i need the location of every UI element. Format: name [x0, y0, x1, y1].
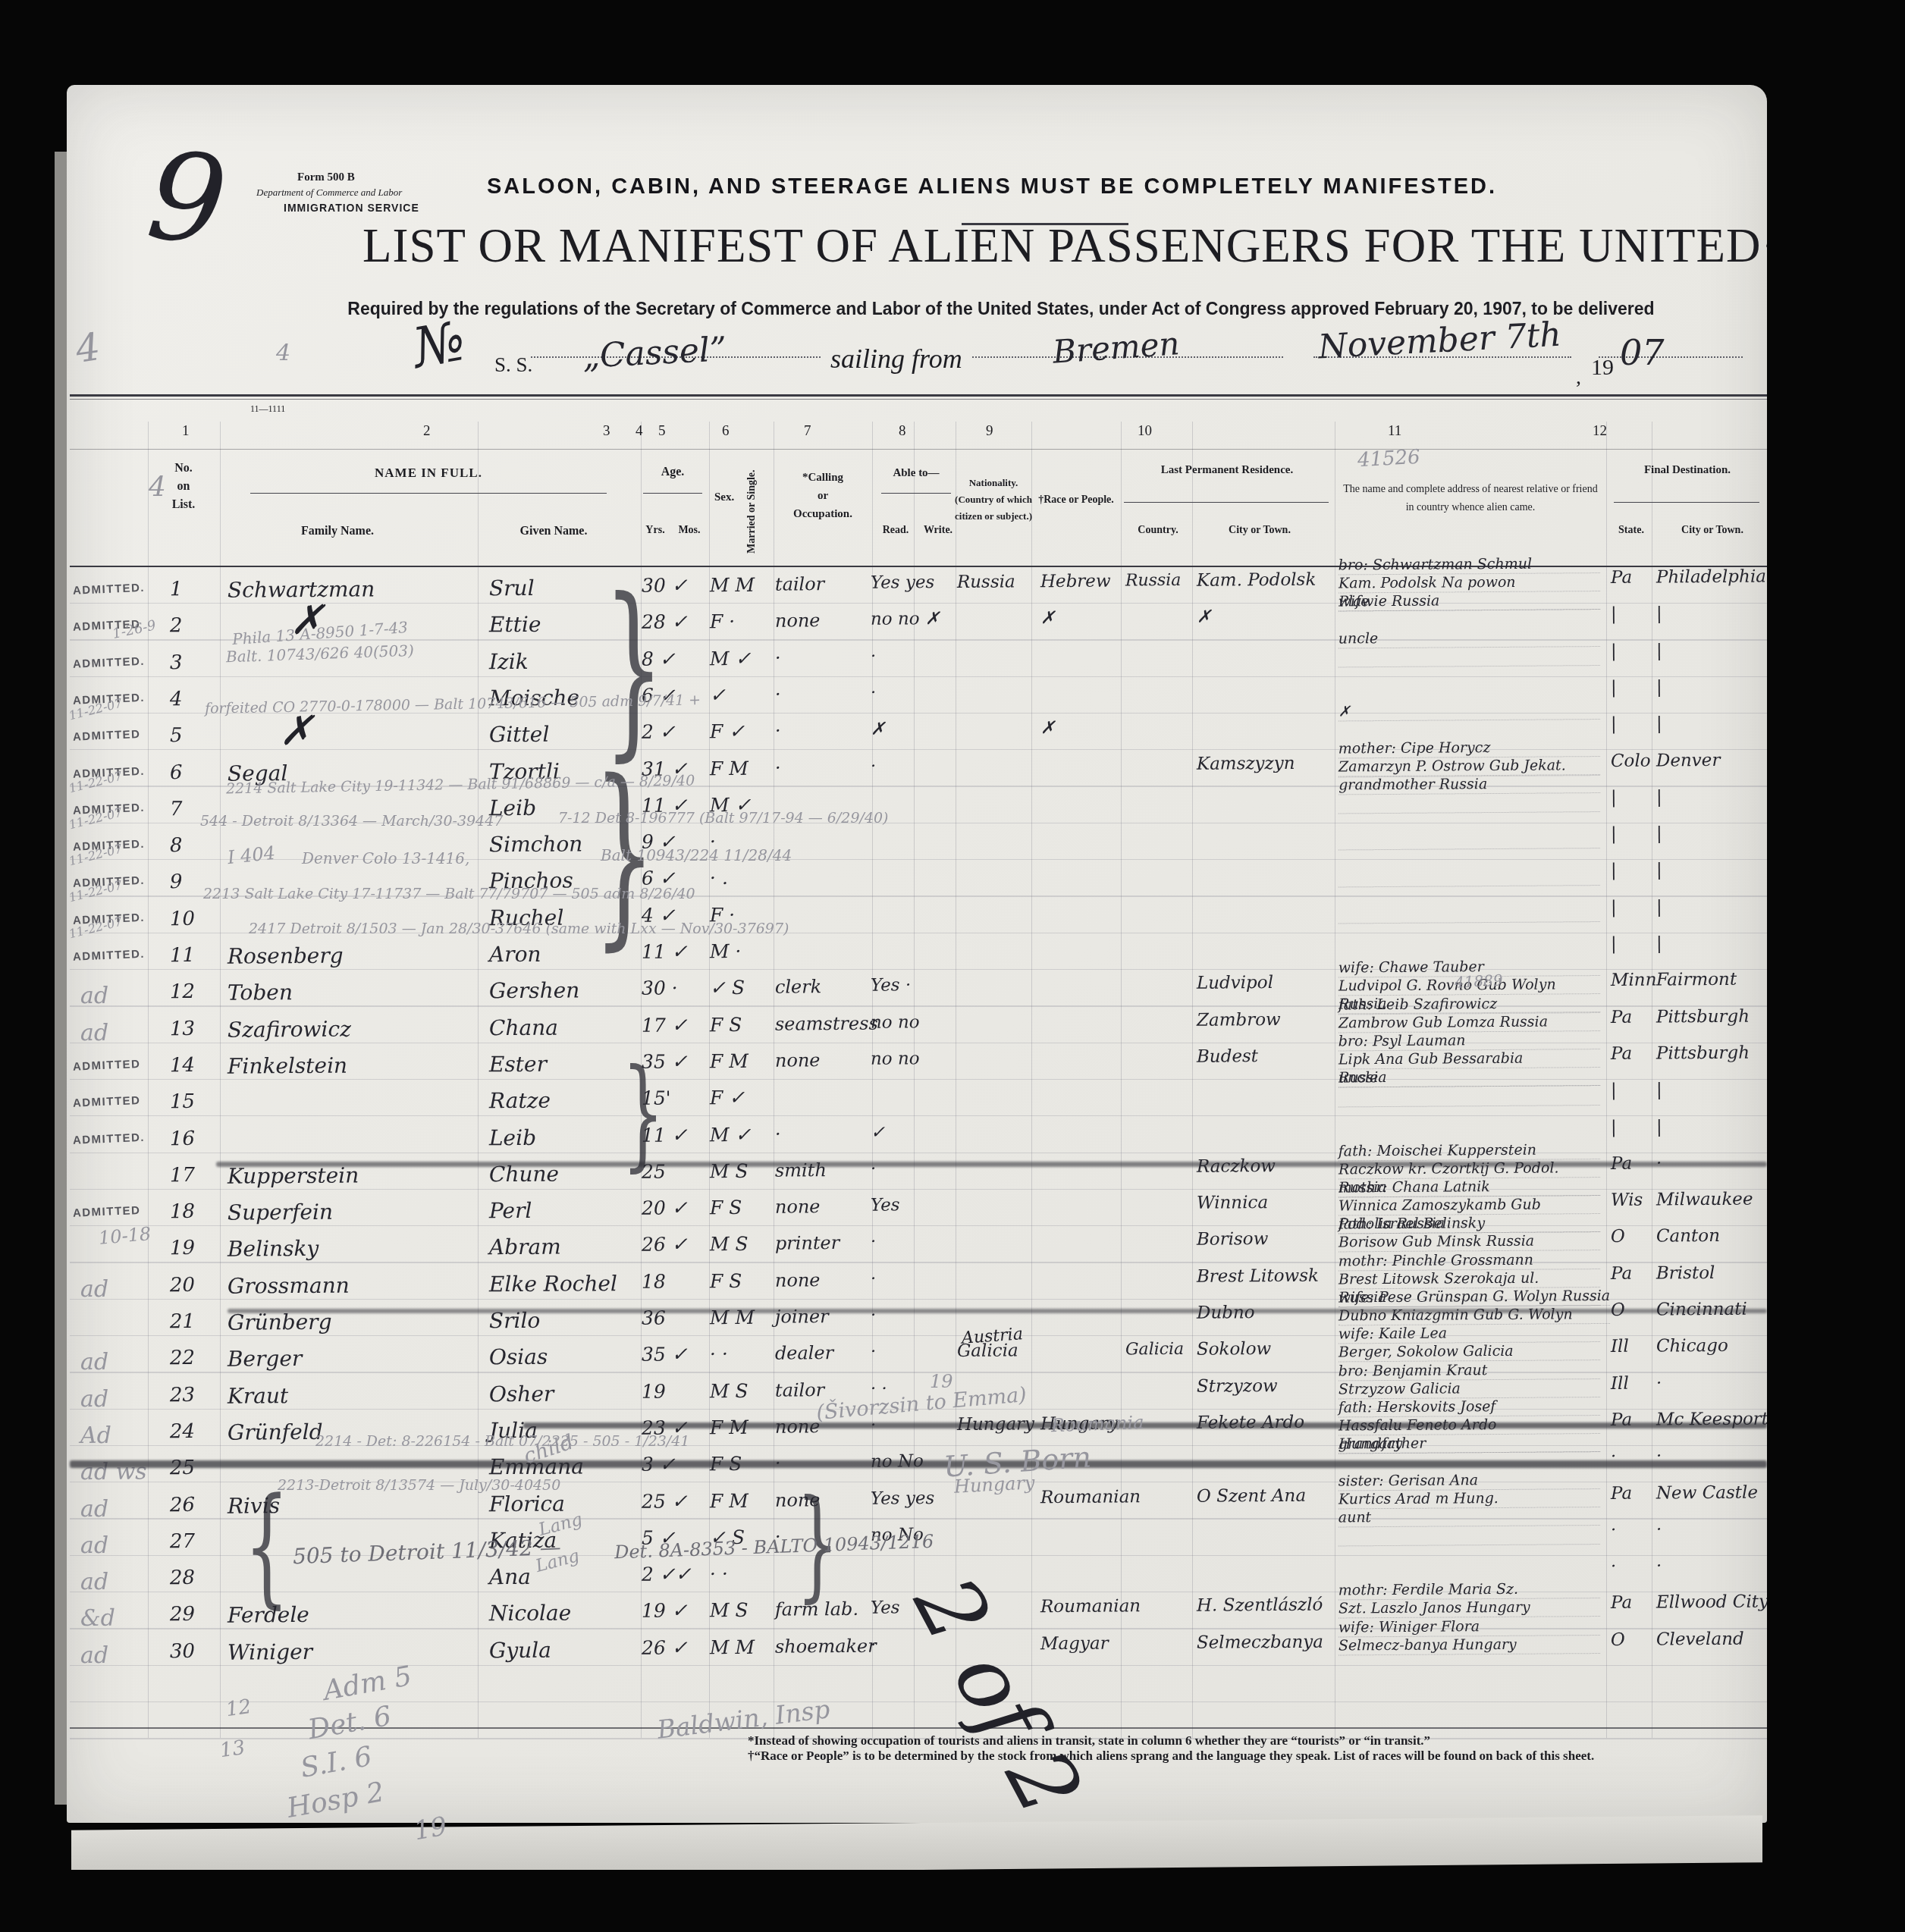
cell-destination-city: ·	[1656, 1557, 1662, 1576]
cell-given-name: Izik	[489, 648, 529, 673]
cell-residence-city: Kam. Podolsk	[1197, 570, 1317, 591]
cell-read-write: ·	[871, 683, 876, 703]
cell-given-name: Gershen	[489, 978, 580, 1004]
cell-destination-city: Chicago	[1656, 1336, 1728, 1356]
cell-occupation: none	[775, 1489, 821, 1510]
cell-list-number: 26	[170, 1493, 195, 1516]
cell-read-write: ·	[871, 1232, 876, 1252]
cell-destination-state: |	[1611, 1080, 1617, 1100]
handwritten-note: 544 - Detroit 8/13364 — March/30-39447	[200, 813, 503, 830]
admitted-stamp: ADMITTED	[73, 1058, 141, 1074]
cell-family-name: Superfein	[228, 1200, 333, 1225]
cell-destination-state: |	[1611, 861, 1617, 880]
cell-relative-address: mothr: Ferdile Maria Sz.Szt. Laszlo Jano…	[1339, 1580, 1600, 1618]
cell-age: 26 ✓	[642, 1234, 688, 1256]
cell-given-name: Srul	[489, 576, 535, 601]
banner: SALOON, CABIN, AND STEERAGE ALIENS MUST …	[487, 174, 1497, 199]
cell-residence-city: Ludvipol	[1197, 973, 1273, 993]
handwritten-note: 12	[224, 1695, 253, 1721]
column-number: 5	[658, 423, 666, 440]
admitted-stamp: ad	[80, 1019, 108, 1046]
cell-read-write: no no	[871, 1012, 920, 1032]
cell-race: Magyar	[1040, 1633, 1109, 1654]
cell-list-number: 22	[170, 1347, 195, 1369]
cell-destination-state: Pa	[1611, 1263, 1632, 1283]
cell-residence-city: Budest	[1197, 1046, 1258, 1067]
cell-nationality: Russia	[957, 572, 1015, 592]
cell-destination-city: |	[1656, 677, 1662, 697]
cell-age: 15'	[642, 1087, 671, 1109]
cell-family-name: Ferdele	[228, 1602, 309, 1628]
cell-list-number: 17	[170, 1164, 195, 1187]
cell-list-number: 20	[170, 1274, 195, 1297]
cell-destination-city: |	[1656, 604, 1662, 624]
cell-residence-country: Galicia	[1125, 1340, 1184, 1360]
cell-destination-state: Pa	[1611, 1593, 1632, 1613]
cell-sex: M ✓	[710, 1123, 752, 1145]
cell-read-write: ·	[871, 1635, 876, 1654]
cell-list-number: 7	[170, 798, 183, 820]
cell-read-write: Yes yes	[871, 1488, 935, 1509]
date-comma: ,	[1576, 365, 1581, 390]
header-write: Write.	[915, 525, 962, 537]
cell-list-number: 11	[170, 944, 195, 967]
admitted-stamp: ad	[80, 1385, 108, 1412]
cell-sex: ✓ S	[710, 977, 745, 999]
handwritten-note: 2214 - Det: 8-226154 - Balt 07/2225 - 50…	[315, 1433, 689, 1450]
cell-family-name: Toben	[228, 980, 293, 1005]
cell-given-name: Gittel	[489, 722, 550, 748]
relative-address-line: Borisow Gub Minsk Russia	[1339, 1232, 1600, 1252]
admitted-stamp: ad	[80, 983, 108, 1009]
relative-address-line: wife: Kaile Lea	[1339, 1324, 1600, 1344]
cell-race: ✗	[1040, 718, 1055, 738]
cell-relative-address: fath: Israel BelinskyBorisow Gub Minsk R…	[1339, 1214, 1600, 1252]
cell-destination-city: Cleveland	[1656, 1629, 1744, 1649]
handwritten-note: 41526	[1357, 446, 1420, 472]
cell-sex: ✓	[710, 684, 726, 706]
cell-list-number: 30	[170, 1640, 195, 1663]
cell-occupation: dealer	[775, 1342, 833, 1364]
admitted-stamp: ADMITTED.	[73, 1131, 146, 1146]
header-age-mos: Mos.	[672, 525, 707, 537]
cell-relative-address: wife: Winiger FloraSelmecz-banya Hungary	[1339, 1617, 1600, 1655]
cell-family-name: Belinsky	[228, 1236, 319, 1262]
header-read: Read.	[874, 525, 918, 537]
cell-age: 25 ✓	[642, 1490, 688, 1512]
admitted-stamp: ADMITTED.	[73, 654, 146, 670]
cell-age: 18	[642, 1270, 666, 1292]
cell-read-write: ·	[871, 1342, 876, 1362]
cell-occupation: shoemaker	[775, 1635, 877, 1657]
cell-relative-address: sister: Gerisan AnaKurtics Arad m Hung.	[1339, 1471, 1600, 1509]
handwritten-note: Denver Colo 13-1416,	[302, 849, 469, 867]
relative-address-line: wife: Pese Grünspan G. Wolyn Russia	[1339, 1287, 1610, 1308]
cell-list-number: 16	[170, 1127, 195, 1149]
cell-given-name: Nicolae	[489, 1601, 571, 1626]
admitted-stamp: ADMITTED.	[73, 948, 146, 964]
relative-address-line: bro: Schwartzman Schmul	[1339, 555, 1600, 575]
cell-destination-state: |	[1611, 898, 1617, 917]
cell-sex: F M	[710, 1050, 749, 1072]
cell-destination-city: |	[1656, 641, 1662, 660]
cell-race: Roumanian	[1040, 1597, 1141, 1617]
cell-sex: M M	[710, 1636, 755, 1658]
cell-destination-state: |	[1611, 641, 1617, 660]
handwritten-note: Hungary	[953, 1472, 1035, 1498]
cell-destination-city: |	[1656, 1117, 1662, 1137]
cell-list-number: 28	[170, 1567, 195, 1589]
cell-age: 35 ✓	[642, 1050, 688, 1072]
cell-sex: F S	[710, 1197, 742, 1218]
column-number: 4	[636, 423, 643, 440]
relative-address-line: aunt	[1339, 1507, 1600, 1527]
cell-residence-city: Selmeczbanya	[1197, 1632, 1323, 1652]
ship-name: „Cassel”	[582, 330, 728, 376]
handwritten-note: 13	[218, 1736, 246, 1762]
admitted-stamp: ad	[80, 1275, 108, 1302]
cell-given-name: Leib	[489, 1124, 536, 1149]
destination-underline	[1614, 502, 1759, 503]
cell-destination-city: |	[1656, 1080, 1662, 1100]
cell-destination-state: |	[1611, 824, 1617, 844]
header-relative: The name and complete address of nearest…	[1338, 481, 1603, 517]
cell-sex: M ·	[710, 940, 742, 962]
cell-residence-city: Sokolow	[1197, 1339, 1271, 1360]
age-underline	[643, 493, 702, 494]
cell-list-number: 2	[170, 614, 183, 637]
cell-list-number: 3	[170, 651, 183, 674]
cell-destination-city: Bristol	[1656, 1263, 1715, 1284]
relative-address-line: Kurtics Arad m Hung.	[1339, 1489, 1600, 1509]
relative-address-line: Brest Litowsk Szerokaja ul.	[1339, 1269, 1600, 1289]
cell-residence-city: Borisow	[1197, 1229, 1269, 1250]
header-final-destination: Final Destination.	[1614, 464, 1761, 477]
relative-address-line: mothr: Pinchle Grossmann	[1339, 1251, 1600, 1271]
admitted-stamp: ADMITTED.	[73, 582, 146, 597]
cell-relative-address: wife: Kaile LeaBerger, Sokolow Galicia	[1339, 1324, 1600, 1362]
cell-given-name: Ester	[489, 1052, 547, 1077]
cell-given-name: Ettie	[489, 612, 541, 637]
relative-address-line: wife: Winiger Flora	[1339, 1617, 1600, 1637]
cell-family-name: Grünfeld	[228, 1419, 323, 1445]
relative-address-line: Winnica Zamoszykamb Gub	[1339, 1196, 1600, 1215]
admitted-stamp: ad	[80, 1569, 108, 1595]
cell-destination-city: |	[1656, 861, 1662, 880]
ableto-underline	[881, 493, 951, 494]
cell-given-name: Perl	[489, 1198, 532, 1223]
cell-occupation: tailor	[775, 1379, 824, 1400]
cell-given-name: Florica	[489, 1491, 565, 1516]
cell-destination-city: Milwaukee	[1656, 1190, 1753, 1210]
cell-age: 30 ·	[642, 977, 678, 999]
cell-residence-country: Russia	[1125, 571, 1182, 591]
admitted-stamp: ad	[80, 1349, 108, 1375]
header-able-to: Able to—	[878, 467, 954, 480]
header-age: Age.	[645, 466, 701, 479]
header-age-yrs: Yrs.	[639, 525, 672, 537]
cell-occupation: none	[775, 1269, 821, 1291]
handwritten-note: Roumania	[1051, 1412, 1144, 1436]
cell-destination-state: O	[1611, 1629, 1625, 1649]
cell-destination-city: New Castle	[1656, 1482, 1758, 1503]
cell-destination-city: |	[1656, 897, 1662, 917]
cell-destination-city: |	[1656, 714, 1662, 734]
cell-sex: M S	[710, 1599, 749, 1621]
cell-destination-city: Fairmont	[1656, 970, 1737, 990]
cell-given-name: Osias	[489, 1344, 548, 1370]
cell-race: Hebrew	[1040, 572, 1111, 592]
column-number: 6	[722, 423, 730, 440]
cell-relative-address: grandfather	[1339, 1434, 1600, 1454]
relative-address-line: ✗	[1339, 701, 1600, 721]
cell-destination-state: Wis	[1611, 1190, 1643, 1210]
cell-destination-state: ·	[1611, 1557, 1616, 1576]
cell-family-name: Szafirowicz	[228, 1016, 351, 1042]
cell-list-number: 14	[170, 1054, 195, 1077]
handwritten-note: 2417 Detroit 8/1503 — Jan 28/30-37646 (s…	[249, 921, 789, 937]
column-number: 1	[182, 423, 190, 440]
relative-address-line: mothr: Ferdile Maria Sz.	[1339, 1580, 1600, 1600]
relative-address-line: fath: Leib Szafirowicz	[1339, 995, 1600, 1015]
cell-residence-city: ✗	[1197, 607, 1211, 627]
name-underline	[250, 493, 607, 494]
header-married-single: Married or Single.	[746, 455, 758, 569]
column-number: 12	[1593, 423, 1607, 440]
relative-address-line: sister: Gerisan Ana	[1339, 1471, 1600, 1491]
handwritten-note: 2213-Detroit 8/13574 — July/30-40450	[278, 1477, 560, 1494]
cell-occupation: none	[775, 610, 821, 632]
header-sex: Sex.	[704, 491, 745, 504]
cell-occupation: printer	[775, 1232, 840, 1254]
cell-list-number: 5	[170, 724, 183, 747]
relative-address-line: mother: Cipe Horycz	[1339, 739, 1600, 758]
cell-read-write: Yes	[871, 1196, 900, 1215]
form-number: Form 500 B	[297, 171, 355, 184]
cell-relative-address: bro: Benjamin KrautStrzyzow Galicia	[1339, 1361, 1600, 1399]
admitted-stamp: ADMITTED	[73, 728, 141, 744]
cell-read-write: ·	[871, 646, 876, 666]
cell-destination-state: |	[1611, 788, 1617, 808]
cell-residence-city: Winnica	[1197, 1193, 1268, 1213]
header-residence-country: Country.	[1124, 525, 1192, 537]
relative-address-line: Lipk Ana Gub Bessarabia	[1339, 1049, 1600, 1069]
form-department: Department of Commerce and Labor	[256, 187, 402, 199]
cell-age: 20 ✓	[642, 1197, 688, 1219]
cell-destination-city: |	[1656, 824, 1662, 844]
cell-given-name: Simchon	[489, 831, 583, 857]
cell-race: ✗	[1040, 608, 1055, 628]
cell-destination-state: Colo	[1611, 751, 1651, 770]
cell-sex: F ·	[710, 610, 735, 632]
colnum-rule	[70, 449, 1767, 450]
cell-destination-city: ·	[1656, 1373, 1662, 1393]
cell-age: 19	[642, 1380, 666, 1402]
cell-list-number: 27	[170, 1530, 195, 1553]
cell-destination-state: |	[1611, 934, 1617, 954]
cell-sex: F S	[710, 1014, 742, 1036]
header-residence-city: City or Town.	[1210, 525, 1309, 537]
header-top-rule2	[70, 399, 1767, 400]
cell-sex: M M	[710, 574, 755, 596]
cell-sex: F ✓	[710, 720, 745, 742]
relative-address-line: bro: Benjamin Kraut	[1339, 1361, 1600, 1381]
column-number: 3	[603, 423, 610, 440]
relative-address-line: mothr: Chana Latnik	[1339, 1178, 1600, 1197]
cell-given-name: Ratze	[489, 1088, 551, 1114]
cell-family-name: Rivis	[228, 1493, 280, 1518]
cell-list-number: 1	[170, 578, 183, 601]
cell-list-number: 19	[170, 1237, 195, 1259]
admitted-stamp: ad	[80, 1532, 108, 1559]
cell-family-name: Rosenberg	[228, 943, 344, 969]
cell-destination-state: ·	[1611, 1520, 1616, 1540]
cell-destination-state: Ill	[1611, 1373, 1629, 1393]
cell-age: 19 ✓	[642, 1600, 688, 1622]
cell-read-write: ·	[871, 1269, 876, 1288]
cell-destination-city: |	[1656, 787, 1662, 807]
cell-sex: M ✓	[710, 647, 752, 669]
sheet-bottom-edge	[71, 1815, 1762, 1877]
cell-read-write: Yes ·	[871, 976, 911, 996]
handwritten-note: 19	[412, 1811, 450, 1847]
header-destination-city: City or Town.	[1665, 525, 1759, 537]
scan-border-right	[1767, 0, 1905, 1932]
cell-sex: F S	[710, 1270, 742, 1292]
relative-address-line: Selmecz-banya Hungary	[1339, 1636, 1600, 1655]
cell-race: Roumanian	[1040, 1487, 1141, 1507]
handwritten-note: 9	[142, 124, 234, 273]
cell-family-name: Winiger	[228, 1639, 312, 1665]
cell-destination-city: Canton	[1656, 1226, 1720, 1247]
cell-age: 35 ✓	[642, 1344, 688, 1366]
handwritten-note: 41889	[1454, 971, 1503, 991]
cell-age: 8 ✓	[642, 648, 676, 670]
relative-address-line: Kam. Podolsk Na powon	[1339, 573, 1600, 593]
cell-given-name: Aron	[489, 942, 541, 967]
relative-address-line: fath: Israel Belinsky	[1339, 1214, 1600, 1234]
header-calling: *Calling or Occupation.	[775, 469, 871, 523]
cell-relative-address: aunt	[1339, 1507, 1600, 1527]
relative-address-line: uncle	[1339, 629, 1600, 648]
cell-given-name: Chana	[489, 1015, 558, 1040]
cell-destination-city: |	[1656, 933, 1662, 953]
cell-age: 2 ✓✓	[642, 1563, 692, 1585]
cell-destination-city: Pittsburgh	[1656, 1006, 1750, 1027]
cell-destination-city: Pittsburgh	[1656, 1043, 1750, 1064]
relative-address-line: Zamarzyn P. Ostrow Gub Jekat.	[1339, 757, 1600, 776]
footnote-race: †“Race or People” is to be determined by…	[748, 1749, 1594, 1764]
cell-family-name: Berger	[228, 1346, 303, 1372]
scanned-manifest-page: Form 500 B Department of Commerce and La…	[0, 0, 1905, 1932]
cell-destination-state: Pa	[1611, 1483, 1632, 1503]
cell-sex: · .	[710, 867, 728, 889]
strike-line	[523, 1422, 1767, 1429]
cell-list-number: 13	[170, 1018, 195, 1040]
cell-destination-state: O	[1611, 1227, 1625, 1247]
cell-read-write: no no ✗	[871, 609, 940, 629]
residence-underline	[1124, 502, 1329, 503]
form-service: IMMIGRATION SERVICE	[284, 202, 419, 214]
cell-relative-address: wife: Pese Grünspan G. Wolyn RussiaDubno…	[1339, 1287, 1611, 1326]
relative-address-line: uncle	[1339, 1068, 1600, 1087]
cell-list-number: 12	[170, 980, 195, 1003]
relative-address-line: Zambrow Gub Lomza Russia	[1339, 1013, 1600, 1033]
cell-given-name: Gyula	[489, 1637, 551, 1663]
admitted-stamp: ad	[80, 1495, 108, 1522]
cell-destination-state: |	[1611, 604, 1617, 624]
cell-family-name: Grossmann	[228, 1272, 350, 1298]
relative-address-line: fath: Herskovits Josef	[1339, 1397, 1600, 1417]
cell-occupation: ·	[775, 1123, 781, 1144]
cell-age: 26 ✓	[642, 1636, 688, 1658]
header-nationality: Nationality. (Country of which citizen o…	[954, 475, 1033, 525]
sailing-from-label: sailing from	[830, 343, 962, 375]
cell-destination-state: Pa	[1611, 568, 1632, 588]
cell-age: 11 ✓	[642, 1124, 688, 1146]
cell-occupation: farm lab.	[775, 1598, 858, 1620]
cell-relative-address: mother: Cipe HoryczZamarzyn P. Ostrow Gu…	[1339, 739, 1600, 795]
handwritten-note: 7-12 Det 8-196777 (Balt 97/17-94 — 6/29/…	[558, 810, 889, 826]
strike-line	[228, 1309, 1767, 1313]
cell-read-write: Yes yes	[871, 572, 935, 593]
relative-address-line: wife	[1339, 591, 1600, 611]
handwritten-note: №	[408, 309, 470, 381]
cell-given-name: Ana	[489, 1564, 531, 1589]
cell-list-number: 10	[170, 908, 195, 930]
cell-list-number: 29	[170, 1603, 195, 1626]
cell-age: 11 ✓	[642, 940, 688, 962]
footnote-occupation: *Instead of showing occupation of touris…	[748, 1733, 1430, 1749]
cell-sex: M S	[710, 1233, 749, 1255]
cell-list-number: 9	[170, 870, 183, 893]
admitted-stamp: Ad	[80, 1422, 111, 1449]
cell-relative-address: uncle	[1339, 1068, 1600, 1087]
cell-age: 2 ✓	[642, 721, 676, 743]
scan-border-top	[0, 0, 1905, 85]
cell-list-number: 8	[170, 834, 183, 857]
relative-address-line: Strzyzow Galicia	[1339, 1379, 1600, 1399]
cell-sex: · ·	[710, 1343, 728, 1365]
header-family-name: Family Name.	[265, 525, 410, 538]
scan-border-bottom	[0, 1870, 1905, 1932]
cell-age: 28 ✓	[642, 611, 688, 633]
admitted-stamp: ADMITTED	[73, 1204, 141, 1220]
column-number: 7	[804, 423, 811, 440]
cell-list-number: 21	[170, 1310, 195, 1333]
cell-destination-city: Denver	[1656, 750, 1721, 770]
cell-residence-city: Zambrow	[1197, 1010, 1281, 1030]
plate-number: 11—1111	[250, 403, 285, 415]
cell-occupation: clerk	[775, 977, 822, 998]
handwritten-note: 10-18	[98, 1223, 152, 1249]
cell-relative-address: fath: Leib SzafirowiczZambrow Gub Lomza …	[1339, 995, 1600, 1033]
cell-residence-city: Kamszyzyn	[1197, 753, 1295, 773]
handwritten-note: Balt 10943/224 11/28/44	[601, 846, 792, 864]
cell-occupation: seamstress	[775, 1012, 878, 1034]
cell-residence-city: O Szent Ana	[1197, 1485, 1306, 1506]
scan-border-left	[0, 0, 55, 1932]
cell-age: 17 ✓	[642, 1014, 688, 1036]
header-last-residence: Last Permanent Residence.	[1121, 464, 1333, 477]
cell-destination-city: ·	[1656, 1520, 1662, 1539]
cell-given-name: Osher	[489, 1381, 554, 1407]
year-prefix: 19	[1591, 355, 1614, 381]
cell-read-write: ·	[871, 756, 876, 776]
cell-list-number: 18	[170, 1200, 195, 1223]
column-number: 11	[1388, 423, 1401, 440]
cell-list-number: 15	[170, 1090, 195, 1113]
